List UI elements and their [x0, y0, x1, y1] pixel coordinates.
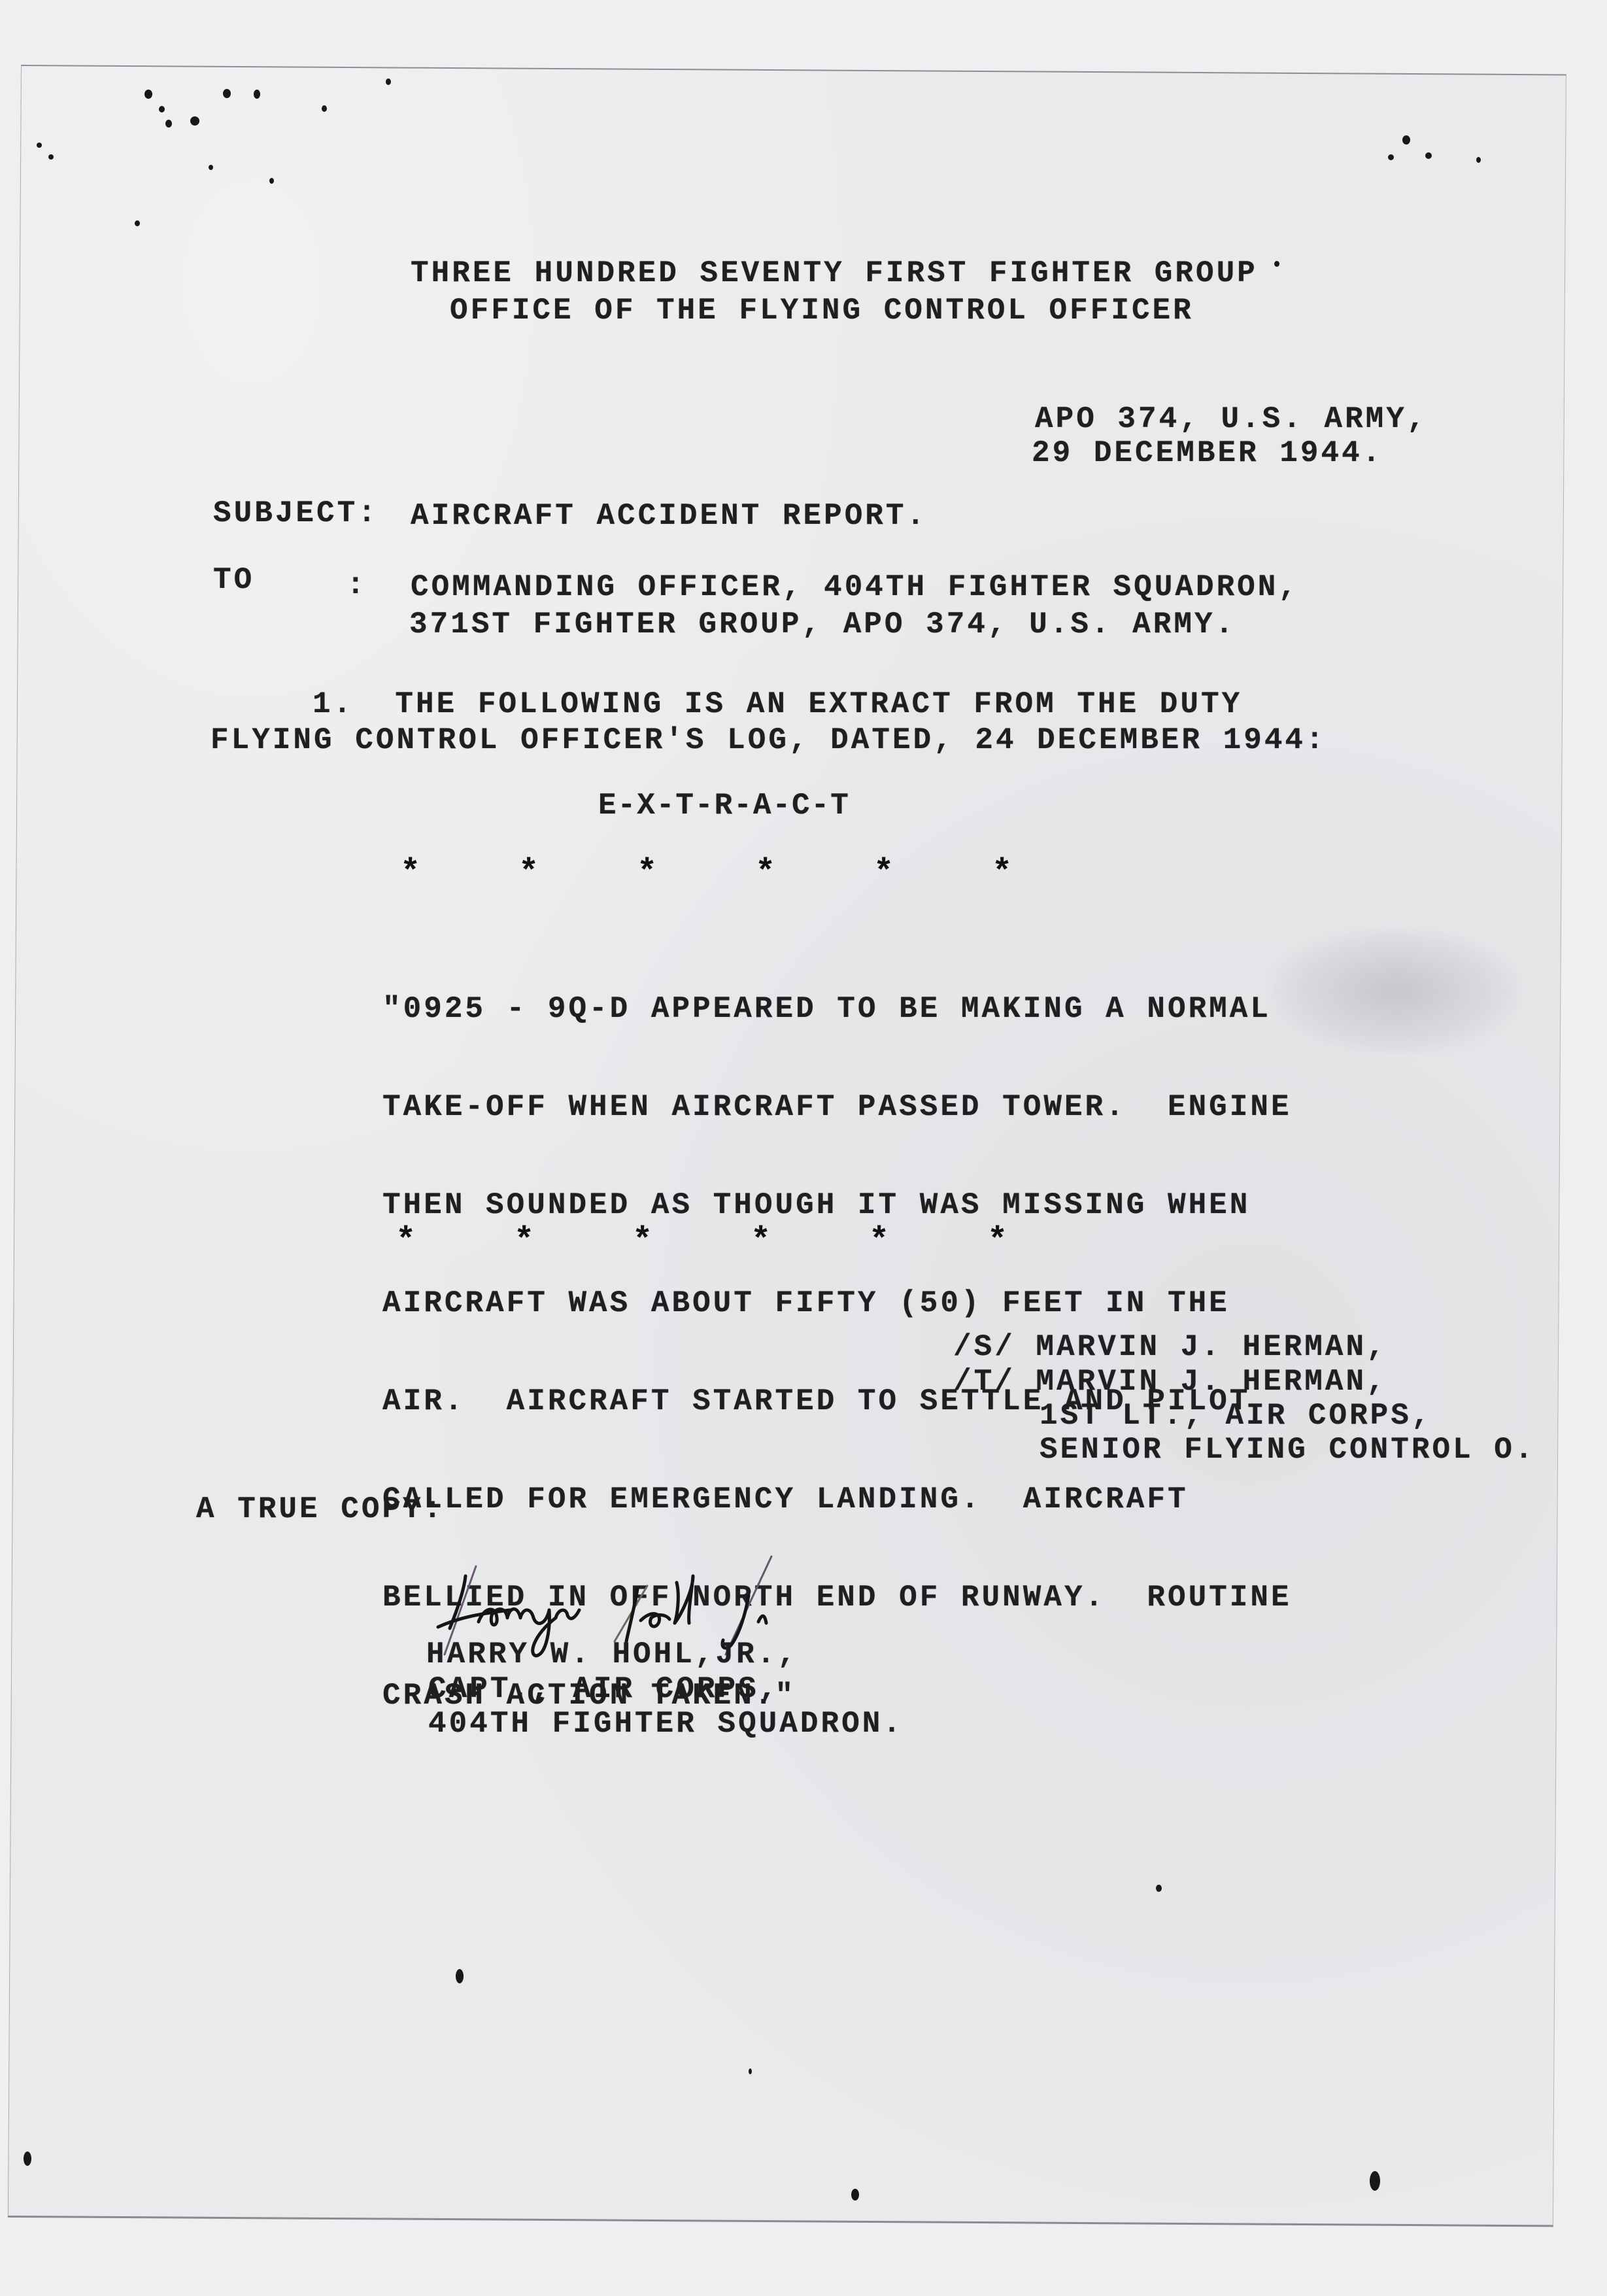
speck — [48, 154, 54, 160]
asterisk-icon: * — [869, 1222, 987, 1260]
speck — [1425, 152, 1432, 159]
typed-by: /T/ MARVIN J. HERMAN, — [953, 1365, 1387, 1398]
speck — [144, 90, 152, 99]
subject-value: AIRCRAFT ACCIDENT REPORT. — [411, 500, 927, 532]
speck — [223, 89, 231, 98]
speck — [322, 105, 327, 112]
asterisk-icon: * — [873, 853, 992, 892]
speck — [1388, 154, 1394, 160]
speck — [456, 1969, 464, 1983]
speck — [1274, 261, 1279, 267]
asterisk-icon: * — [514, 1222, 632, 1260]
true-copy-label: A TRUE COPY: — [196, 1493, 444, 1526]
speck — [190, 116, 199, 126]
speck — [37, 143, 42, 148]
asterisk-icon: * — [518, 853, 637, 892]
to-colon: : — [347, 569, 367, 602]
speck — [24, 2151, 31, 2166]
asterisk-icon: * — [987, 1222, 1106, 1260]
certifier-rank: CAPT., AIR CORPS, — [428, 1673, 779, 1705]
asterisk-icon: * — [632, 1222, 751, 1260]
paragraph-1-line-2: FLYING CONTROL OFFICER'S LOG, DATED, 24 … — [211, 724, 1327, 757]
letterhead-line-1: THREE HUNDRED SEVENTY FIRST FIGHTER GROU… — [411, 257, 1258, 290]
signed-by: /S/ MARVIN J. HERMAN, — [953, 1331, 1387, 1363]
speck — [1156, 1885, 1162, 1892]
certifier-name: HARRY W. HOHL,JR., — [426, 1638, 798, 1671]
speck — [209, 165, 213, 170]
speck — [159, 106, 165, 112]
signer-rank: 1ST LT., AIR CORPS, — [1040, 1399, 1432, 1432]
separator-stars-top: * * * * * * — [400, 853, 1110, 892]
paragraph-1-line-1: 1. THE FOLLOWING IS AN EXTRACT FROM THE … — [313, 688, 1242, 721]
to-recipient-line-1: COMMANDING OFFICER, 404TH FIGHTER SQUADR… — [411, 571, 1299, 604]
location: APO 374, U.S. ARMY, — [1035, 403, 1428, 436]
signer-title: SENIOR FLYING CONTROL O. — [1040, 1433, 1536, 1466]
subject-label: SUBJECT: — [213, 497, 379, 530]
separator-stars-bottom: * * * * * * — [396, 1222, 1106, 1260]
asterisk-icon: * — [751, 1222, 869, 1260]
speck — [165, 120, 172, 128]
asterisk-icon: * — [396, 1222, 514, 1260]
document-date: 29 DECEMBER 1944. — [1032, 437, 1383, 470]
speck — [269, 178, 274, 184]
to-recipient-line-2: 371ST FIGHTER GROUP, APO 374, U.S. ARMY. — [409, 608, 1236, 641]
certifier-unit: 404TH FIGHTER SQUADRON. — [428, 1707, 904, 1740]
letterhead-line-2: OFFICE OF THE FLYING CONTROL OFFICER — [450, 294, 1194, 327]
speck — [749, 2068, 752, 2074]
extract-line: THEN SOUNDED AS THOUGH IT WAS MISSING WH… — [382, 1189, 1292, 1222]
speck — [1370, 2171, 1380, 2191]
asterisk-icon: * — [637, 853, 755, 892]
asterisk-icon: * — [755, 853, 873, 892]
extract-line: CALLED FOR EMERGENCY LANDING. AIRCRAFT — [382, 1483, 1292, 1516]
extract-line: TAKE-OFF WHEN AIRCRAFT PASSED TOWER. ENG… — [382, 1091, 1292, 1123]
extract-title: E-X-T-R-A-C-T — [598, 789, 850, 822]
speck — [851, 2189, 859, 2201]
asterisk-icon: * — [400, 853, 518, 892]
to-label: TO — [213, 564, 254, 596]
ink-smudge — [1272, 929, 1520, 1053]
speck — [1402, 135, 1410, 145]
speck — [1476, 157, 1481, 163]
speck — [254, 90, 260, 99]
extract-line: "0925 - 9Q-D APPEARED TO BE MAKING A NOR… — [382, 993, 1292, 1025]
asterisk-icon: * — [992, 853, 1110, 892]
speck — [135, 220, 140, 226]
extract-line: AIRCRAFT WAS ABOUT FIFTY (50) FEET IN TH… — [382, 1287, 1292, 1320]
speck — [386, 78, 391, 85]
